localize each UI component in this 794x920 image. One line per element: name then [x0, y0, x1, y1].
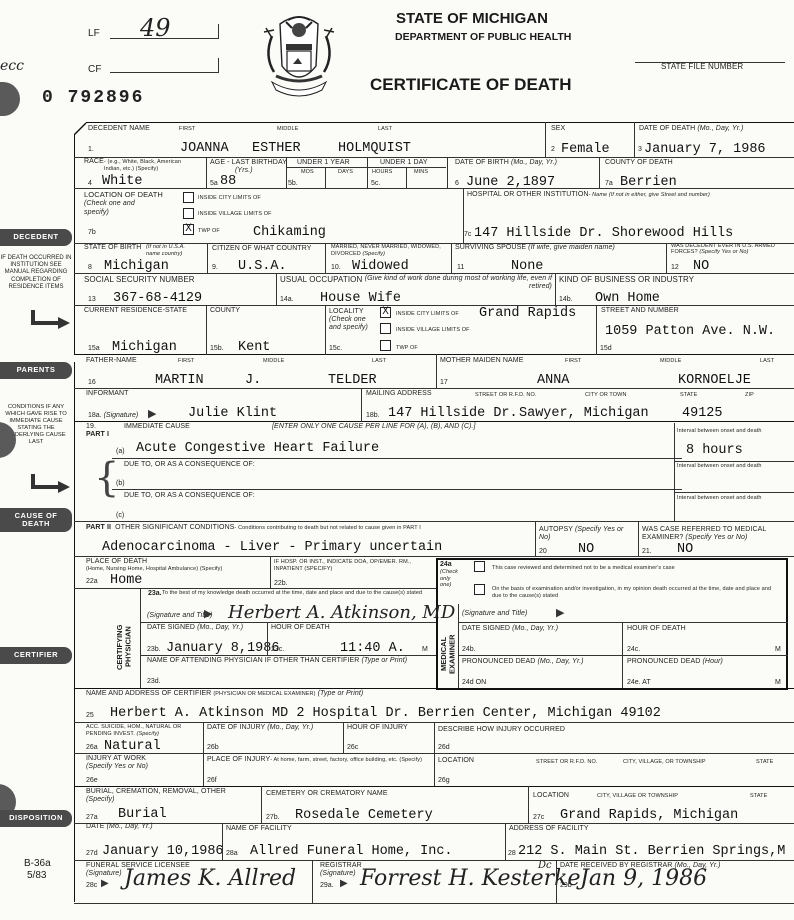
item-number: 26d — [438, 744, 450, 751]
item-number: 24a — [440, 561, 452, 568]
decedent-name-label: DECEDENT NAME — [88, 125, 150, 132]
place-of-injury-label: PLACE OF INJURY — [207, 756, 270, 763]
state-label: STATE — [680, 392, 697, 398]
sex-label: SEX — [551, 125, 565, 132]
item-number: 27b. — [266, 814, 280, 821]
inside-city-label: INSIDE CITY LIMITS OF — [198, 195, 261, 201]
residence-county-value: Kent — [238, 341, 270, 355]
facility-name-label: NAME OF FACILITY — [226, 825, 292, 832]
under-1-day-label: UNDER 1 DAY — [380, 159, 428, 166]
state-of-birth-value: Michigan — [104, 260, 169, 274]
pronounced-dead-hour-label: PRONOUNCED DEAD — [627, 658, 700, 665]
certifier-address-label: NAME AND ADDRESS OF CERTIFIER — [86, 690, 211, 697]
certifier-statement: To the best of my knowledge death occurr… — [162, 590, 427, 597]
locality-hint: (Check one and specify) — [329, 316, 379, 333]
place-of-death-label: PLACE OF DEATH — [86, 558, 147, 565]
item-number: 8 — [88, 264, 92, 271]
locality-label: LOCALITY — [329, 308, 364, 315]
item-number: 26c — [347, 744, 358, 751]
cause-c-label: (c) — [116, 512, 124, 519]
date-hint: (Mo., Day, Yr.) — [697, 125, 743, 132]
pointer-triangle-icon: ▶ — [556, 606, 564, 619]
county-label: COUNTY — [210, 307, 240, 314]
days-label: DAYS — [338, 169, 353, 175]
marital-hint: (Specify) — [362, 251, 385, 257]
item-number: 24e. AT — [627, 679, 651, 686]
facility-address-label: ADDRESS OF FACILITY — [509, 825, 589, 832]
place-hint: (Home, Nursing Home, Hospital Ambulance)… — [86, 566, 256, 573]
mailing-street-value: 147 Hillside Dr. — [388, 407, 518, 421]
due-to-label: DUE TO, OR AS A CONSEQUENCE OF: — [124, 492, 255, 499]
date-of-death-value: January 7, 1986 — [644, 143, 766, 157]
item-number: 15a — [88, 345, 100, 352]
item-number: 7c — [464, 231, 471, 238]
occupation-value: House Wife — [320, 292, 401, 306]
interval-label: Interval between onset and death — [677, 428, 762, 434]
item-number: 28a — [226, 850, 238, 857]
medical-examiner-label: MEDICAL EXAMINER — [440, 624, 457, 684]
specify-hint: (Specify) — [86, 796, 115, 803]
state-label: STATE — [756, 759, 773, 765]
father-first-name: MARTIN — [155, 374, 204, 388]
date-hint: (Mo., Day, Yr.) — [511, 159, 557, 166]
hospital-value: 147 Hillside Dr. Shorewood Hills — [474, 227, 733, 241]
date-hint: (Mo., Day, Yr.) — [197, 624, 243, 631]
item-number: 22b. — [274, 580, 288, 587]
autopsy-value: NO — [578, 543, 594, 557]
item-number: 26b — [207, 744, 219, 751]
other-conditions-value: Adenocarcinoma - Liver - Primary uncerta… — [102, 541, 442, 555]
father-last-name: TELDER — [328, 374, 377, 388]
inside-village-label: INSIDE VILLAGE LIMITS OF — [396, 327, 470, 333]
item-number: 28c — [86, 882, 97, 889]
state-of-birth-label: STATE OF BIRTH — [84, 244, 141, 251]
item-number: 5a — [210, 180, 218, 187]
item-number: 15b. — [210, 345, 224, 352]
township-label: TWP OF — [198, 228, 220, 234]
age-value: 88 — [220, 175, 236, 189]
disposition-method-label: BURIAL, CREMATION, REMOVAL, OTHER — [86, 788, 226, 795]
item-number: 12 — [671, 264, 679, 271]
age-unit: (Yrs.) — [235, 167, 253, 174]
pointer-triangle-icon: ▶ — [101, 878, 109, 889]
residence-state-value: Michigan — [112, 341, 177, 355]
licensee-signature[interactable]: James K. Allred — [124, 866, 296, 891]
item-number: 23a. — [148, 590, 162, 597]
medical-examiner-box — [436, 558, 788, 690]
armed-forces-value: NO — [693, 260, 709, 274]
zip-label: ZIP — [745, 392, 754, 398]
last-label: LAST — [378, 126, 392, 132]
item-number: 29a. — [320, 882, 334, 889]
informant-label: INFORMANT — [86, 390, 129, 397]
item-number: 29b — [560, 882, 572, 889]
inside-city-checkbox[interactable] — [183, 192, 194, 203]
township-label: TWP OF — [396, 345, 418, 351]
months-label: MOS — [301, 169, 314, 175]
cause-a-value: Acute Congestive Heart Failure — [136, 442, 379, 456]
state-of-birth-hint: (If not in U.S.A. name country) — [146, 244, 196, 257]
date-received-value: Jan 9, 1986 — [580, 866, 707, 891]
armed-hint: (Specify Yes or No) — [699, 249, 748, 255]
part-2-label: PART II — [86, 524, 111, 531]
cause-instruction: [ENTER ONLY ONE CAUSE PER LINE FOR (a), … — [272, 423, 476, 430]
item-number: 7a — [605, 180, 613, 187]
hour-of-death-label: HOUR OF DEATH — [271, 624, 330, 631]
item-number: 19. — [86, 423, 96, 430]
hour-hint: (Hour) — [703, 658, 723, 665]
item-number: 9. — [212, 264, 218, 271]
certifier-address-value: Herbert A. Atkinson MD 2 Hospital Dr. Be… — [110, 707, 661, 721]
signature-hint: (Signature) — [320, 870, 356, 877]
locality-city-value: Grand Rapids — [479, 307, 576, 321]
race-value: White — [102, 175, 143, 189]
other-conditions-label: OTHER SIGNIFICANT CONDITIONS — [115, 524, 234, 531]
inside-city-label: INSIDE CITY LIMITS OF — [396, 311, 459, 317]
cause-a-interval: 8 hours — [686, 444, 743, 458]
signature-title-label: (Signature and Title) — [147, 612, 212, 619]
signature-title-label: (Signature and Title) — [462, 610, 527, 617]
citizen-value: U.S.A. — [238, 260, 287, 274]
township-checkbox[interactable]: X — [183, 224, 194, 235]
part-1-label: PART I — [86, 431, 109, 438]
autopsy-label: AUTOPSY — [539, 526, 573, 533]
facility-name-value: Allred Funeral Home, Inc. — [250, 845, 453, 859]
item-number: 15d — [600, 345, 612, 352]
type-or-print-hint: (Type or Print) — [318, 690, 364, 697]
hour-of-death-value: 11:40 A. — [340, 642, 405, 656]
disposition-location-value: Grand Rapids, Michigan — [560, 809, 738, 823]
mailing-address-label: MAILING ADDRESS — [366, 390, 432, 397]
item-number: 2 — [551, 146, 555, 153]
hour-of-injury-label: HOUR OF INJURY — [347, 724, 408, 731]
item-number: 24c. — [627, 646, 640, 653]
item-number: 23c. — [271, 646, 284, 653]
item-number: 13 — [88, 296, 96, 303]
dob-label: DATE OF BIRTH — [455, 159, 509, 166]
residence-state-label: CURRENT RESIDENCE-STATE — [84, 307, 187, 314]
county-of-death-value: Berrien — [620, 176, 677, 190]
item-number: 5c. — [371, 180, 380, 187]
cemetery-label: CEMETERY OR CREMATORY NAME — [266, 790, 388, 797]
item-number: 26e — [86, 777, 98, 784]
last-label: LAST — [372, 358, 386, 364]
marital-status-value: Widowed — [352, 260, 409, 274]
mins-label: MINS — [414, 169, 428, 175]
cause-b-label: (b) — [116, 480, 125, 487]
date-of-injury-label: DATE OF INJURY — [207, 724, 265, 731]
referred-hint: (Specify Yes or No) — [685, 534, 747, 541]
occupation-hint: (Give kind of work done during most of w… — [362, 275, 552, 292]
item-number: 1. — [88, 146, 94, 153]
attending-physician-label: NAME OF ATTENDING PHYSICIAN IF OTHER THA… — [147, 657, 359, 664]
item-number: 25 — [86, 712, 94, 719]
pronounced-dead-label: PRONOUNCED DEAD — [462, 658, 535, 665]
decedent-middle-name: ESTHER — [252, 142, 301, 156]
item-number: 10. — [331, 264, 341, 271]
pointer-triangle-icon: ▶ — [204, 607, 212, 620]
disposition-location-label: LOCATION — [533, 792, 569, 799]
date-signed-value: January 8,1986 — [166, 642, 279, 656]
business-value: Own Home — [595, 292, 660, 306]
interval-label: Interval between onset and death — [677, 495, 762, 501]
date-hint: (Mo., Day, Yr.) — [267, 724, 313, 731]
certifier-signature[interactable]: Herbert A. Atkinson, MD — [228, 602, 455, 623]
street-rfd-label: STREET OR R.F.D. NO. — [475, 392, 537, 398]
item-number: 16 — [88, 379, 96, 386]
item-number: 20 — [539, 548, 547, 555]
manner-label: ACC. SUICIDE, HOM., NATURAL OR PENDING I… — [86, 724, 181, 737]
pointer-triangle-icon: ▶ — [340, 878, 348, 889]
pointer-triangle-icon: ▶ — [148, 407, 156, 420]
interval-label: Interval between onset and death — [677, 463, 762, 469]
ssn-label: SOCIAL SECURITY NUMBER — [84, 275, 195, 284]
hospital-label: HOSPITAL OR OTHER INSTITUTION — [467, 191, 589, 198]
race-label: RACE — [84, 158, 104, 165]
marital-label: MARRIED, NEVER MARRIED, WIDOWED, DIVORCE… — [331, 244, 441, 257]
state-label: STATE — [750, 793, 767, 799]
spouse-label: SURVIVING SPOUSE — [455, 244, 526, 251]
dob-value: June 2,1897 — [466, 176, 555, 190]
meridian-suffix: M — [422, 646, 428, 653]
place-of-death-value: Home — [110, 574, 142, 588]
item-number: 24d ON — [462, 679, 486, 686]
father-middle-name: J. — [245, 374, 261, 388]
city-town-label: CITY OR TOWN — [585, 392, 627, 398]
middle-label: MIDDLE — [263, 358, 284, 364]
location-of-death-label: LOCATION OF DEATH — [84, 190, 163, 199]
locality-city-checkbox[interactable]: X — [380, 307, 391, 318]
item-number: 26f — [207, 777, 217, 784]
date-hint: (Mo., Day, Yr.) — [538, 658, 584, 665]
street-rfd-label: STREET OR R.F.D. NO. — [536, 759, 598, 765]
place-of-injury-hint: - At home, farm, street, factory, office… — [270, 757, 422, 763]
not-me-case-label: This case reviewed and determined not to… — [492, 565, 675, 571]
facility-address-value: 212 S. Main St. Berrien Springs,M — [518, 845, 785, 859]
location-hint: (Check one and specify) — [84, 199, 144, 217]
cemetery-value: Rosedale Cemetery — [295, 809, 433, 823]
other-conditions-hint: - Conditions contributing to death but n… — [235, 525, 421, 531]
certifying-physician-label: CERTIFYING PHYSICIAN — [116, 612, 133, 682]
item-number: 15c. — [329, 345, 342, 352]
business-label: KIND OF BUSINESS OR INDUSTRY — [559, 275, 694, 284]
citizen-label: CITIZEN OF WHAT COUNTRY — [212, 245, 312, 252]
signature-hint: (Signature) — [86, 870, 122, 877]
inside-village-checkbox[interactable] — [183, 208, 194, 219]
middle-label: MIDDLE — [277, 126, 298, 132]
first-label: FIRST — [179, 126, 195, 132]
hour-of-death-label: HOUR OF DEATH — [627, 625, 686, 632]
attending-hint: (Type or Print) — [361, 657, 407, 664]
check-only-one-hint: (Check only one) — [440, 569, 460, 589]
item-number: 6 — [455, 180, 459, 187]
spouse-value: None — [511, 260, 543, 274]
item-number: 14a. — [280, 296, 294, 303]
certifier-address-sub-label: (PHYSICIAN OR MEDICAL EXAMINER) — [213, 691, 315, 697]
date-hint: (Mo., Day, Yr.) — [107, 823, 153, 830]
ssn-value: 367-68-4129 — [113, 292, 202, 306]
item-number: 26a — [86, 744, 98, 751]
locality-township-checkbox[interactable] — [380, 340, 391, 351]
mailing-zip-value: 49125 — [682, 407, 723, 421]
item-number: 21. — [642, 548, 652, 555]
township-value: Chikaming — [253, 226, 326, 240]
hospital-hint: - Name (If not in either, give Street an… — [589, 192, 710, 198]
meridian-suffix: M — [775, 646, 781, 653]
signature-hint: (Signature) — [104, 412, 139, 419]
date-signed-label: DATE SIGNED — [462, 625, 510, 632]
item-number: 24b. — [462, 646, 476, 653]
item-number: 3 — [638, 146, 642, 153]
first-label: FIRST — [178, 358, 194, 364]
mailing-city-value: Sawyer, Michigan — [519, 407, 649, 421]
item-number: 17 — [440, 379, 448, 386]
locality-village-checkbox[interactable] — [380, 323, 391, 334]
mother-first-name: ANNA — [537, 374, 569, 388]
inside-village-label: INSIDE VILLAGE LIMITS OF — [198, 211, 272, 217]
street-label: STREET AND NUMBER — [601, 307, 679, 314]
referred-value: NO — [677, 543, 693, 557]
injury-location-label: LOCATION — [438, 757, 474, 764]
item-number: 23b. — [147, 646, 161, 653]
item-number: 18a. — [88, 412, 102, 419]
registrar-suffix: Dc — [538, 860, 552, 871]
manner-value: Natural — [104, 740, 161, 754]
disposition-method-value: Burial — [118, 808, 167, 822]
race-hint: - (e.g., White, Black, American Indian, … — [104, 159, 184, 172]
due-to-label: DUE TO, OR AS A CONSEQUENCE OF: — [124, 461, 255, 468]
city-village-township-label: CITY, VILLAGE OR TOWNSHIP — [597, 793, 678, 799]
describe-injury-label: DESCRIBE HOW INJURY OCCURRED — [438, 726, 565, 733]
item-number: 27a — [86, 814, 98, 821]
mother-maiden-name-label: MOTHER MAIDEN NAME — [440, 357, 523, 364]
item-number: 7b — [88, 229, 96, 236]
hours-label: HOURS — [372, 169, 392, 175]
registrar-label: REGISTRAR — [320, 862, 362, 869]
item-number: 11 — [457, 264, 464, 271]
spouse-hint: (If wife, give maiden name) — [528, 244, 615, 251]
middle-label: MIDDLE — [660, 358, 681, 364]
item-number: 18b. — [366, 412, 380, 419]
county-of-death-label: COUNTY OF DEATH — [605, 159, 673, 166]
last-label: LAST — [760, 358, 774, 364]
at-work-hint: (Specify Yes or No) — [86, 763, 148, 770]
item-number: 23d. — [147, 678, 161, 685]
occupation-label: USUAL OCCUPATION — [280, 275, 362, 284]
city-village-township-label: CITY, VILLAGE, OR TOWNSHIP — [623, 759, 706, 765]
immediate-cause-label: IMMEDIATE CAUSE — [124, 423, 190, 430]
date-hint: (Mo., Day, Yr.) — [512, 625, 558, 632]
item-number: 27d — [86, 850, 98, 857]
manner-hint: (Specify) — [137, 731, 160, 737]
brace-icon: { — [94, 458, 119, 498]
date-signed-label: DATE SIGNED — [147, 624, 195, 631]
date-of-death-label: DATE OF DEATH — [639, 125, 695, 132]
item-number: 28 — [508, 850, 516, 857]
age-label: AGE - Last Birthday — [210, 159, 287, 166]
item-number: 5b. — [288, 180, 298, 187]
injury-at-work-label: INJURY AT WORK — [86, 755, 146, 762]
cause-a-label: (a) — [116, 448, 125, 455]
under-1-year-label: UNDER 1 YEAR — [297, 159, 350, 166]
informant-value: Julie Klint — [188, 407, 277, 421]
not-me-case-checkbox[interactable] — [474, 561, 485, 572]
me-opinion-checkbox[interactable] — [474, 584, 485, 595]
street-value: 1059 Patton Ave. N.W. — [605, 325, 775, 339]
meridian-suffix: M — [775, 679, 781, 686]
hosp-inst-label: IF HOSP. OR INST., Indicate DOA, OP/Emer… — [274, 559, 424, 573]
me-opinion-label: On the basis of examination and/or inves… — [492, 586, 782, 600]
disposition-date-value: January 10,1986 — [102, 845, 224, 859]
disposition-date-label: DATE — [86, 823, 105, 830]
item-number: 26g — [438, 777, 450, 784]
decedent-last-name: HOLMQUIST — [338, 142, 411, 156]
decedent-first-name: JOANNA — [180, 142, 229, 156]
item-number: 27c — [533, 814, 544, 821]
first-label: FIRST — [565, 358, 581, 364]
item-number: 22a — [86, 578, 98, 585]
item-number: 4 — [88, 180, 92, 187]
item-number: 14b. — [559, 296, 573, 303]
father-name-label: FATHER-NAME — [86, 357, 137, 364]
sex-value: Female — [561, 143, 610, 157]
mother-last-name: KORNOELJE — [678, 374, 751, 388]
